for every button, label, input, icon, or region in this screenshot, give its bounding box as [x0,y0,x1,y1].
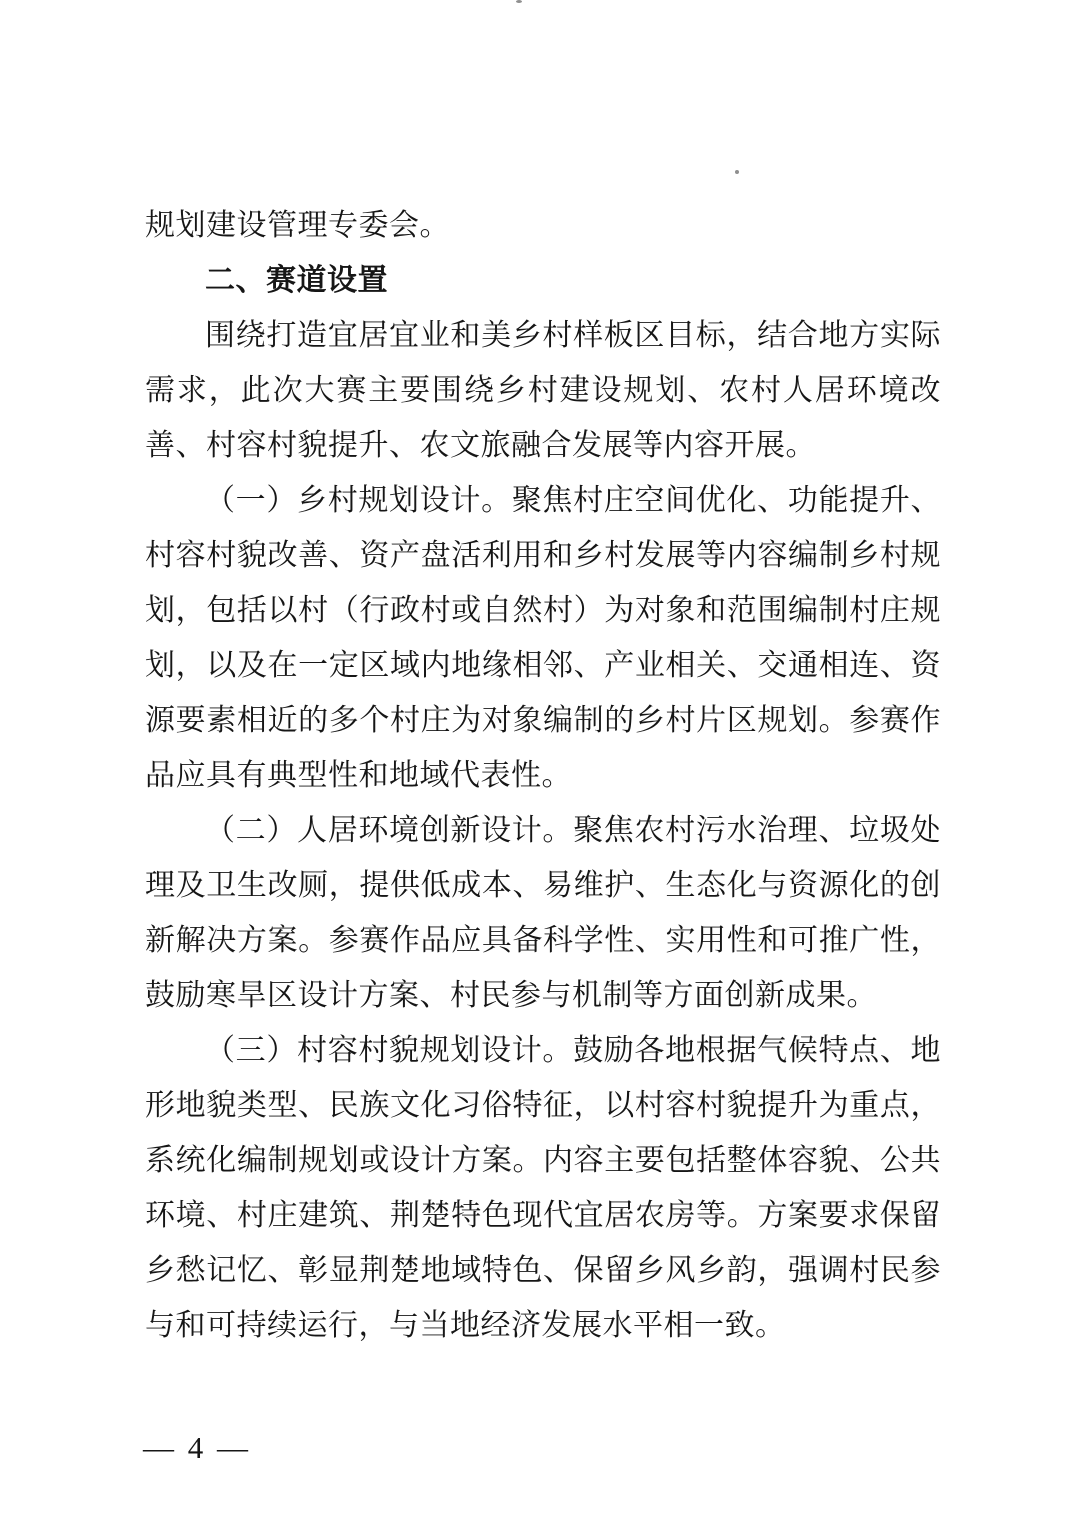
document-body: 规划建设管理专委会。二、赛道设置围绕打造宜居宜业和美乡村样板区目标，结合地方实际… [145,198,941,1353]
scan-speck [812,1255,815,1259]
paragraph: （一）乡村规划设计。聚焦村庄空间优化、功能提升、村容村貌改善、资产盘活利用和乡村… [145,473,941,803]
paragraph-continuation: 规划建设管理专委会。 [145,198,941,253]
page-number: — 4 — [143,1428,251,1468]
section-heading: 二、赛道设置 [145,253,941,308]
paragraph: （二）人居环境创新设计。聚焦农村污水治理、垃圾处理及卫生改厕，提供低成本、易维护… [145,803,941,1023]
paragraph: 围绕打造宜居宜业和美乡村样板区目标，结合地方实际需求，此次大赛主要围绕乡村建设规… [145,308,941,473]
scan-speck [735,170,739,174]
document-page: 规划建设管理专委会。二、赛道设置围绕打造宜居宜业和美乡村样板区目标，结合地方实际… [0,0,1080,1528]
paragraph: （三）村容村貌规划设计。鼓励各地根据气候特点、地形地貌类型、民族文化习俗特征，以… [145,1023,941,1353]
scan-speck [516,0,522,3]
